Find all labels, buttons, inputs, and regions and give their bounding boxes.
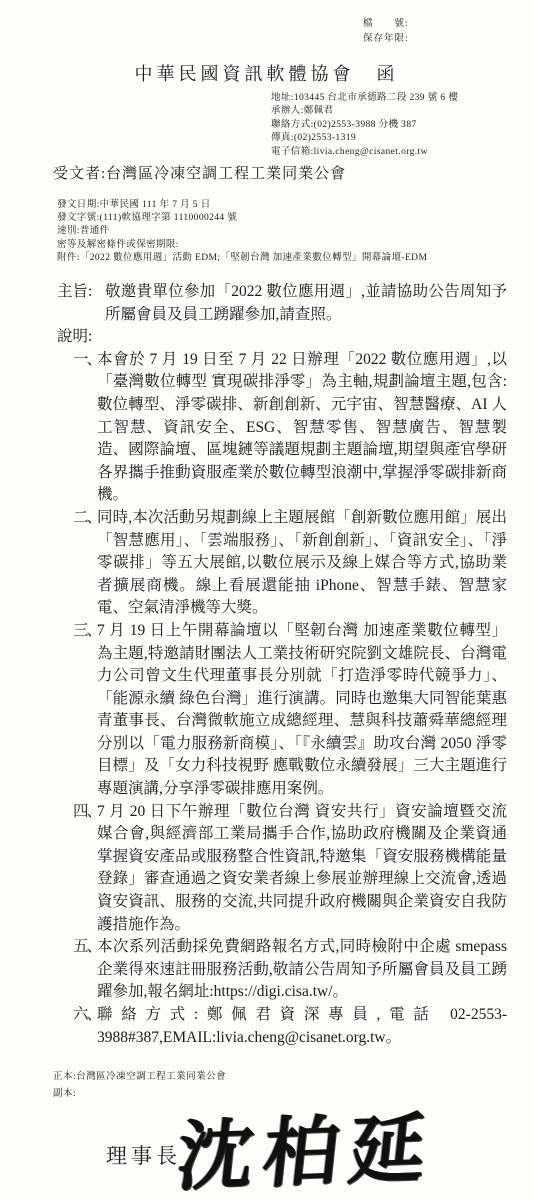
item-number: 四、 [57,801,97,937]
explanation-item-3: 三、 7 月 19 日上午開幕論壇以「堅韌台灣 加速產業數位轉型」為主題,特邀請… [57,620,507,801]
letter-body: 主旨: 敬邀貴單位參加「2022 數位應用週」,並請協助公告周知予所屬會員及員工… [57,281,507,1049]
organization-name: 中華民國資訊軟體協會 [135,64,355,84]
signature-name: 沈柏延 [172,1087,441,1200]
file-number-label: 檔 號: [363,17,409,32]
document-type-label: 函 [377,64,399,84]
explanation-item-4: 四、 7 月 20 日下午辦理「數位台灣 資安共行」資安論壇暨交流媒合會,與經濟… [57,801,507,937]
explanation-item-6: 六、 聯絡方式:鄭佩君資深專員,電話 02-2553-3988#387,EMAI… [57,1004,507,1049]
contact-block: 地址:103445 台北市承德路二段 239 號 6 樓 承辦人:鄭佩君 聯絡方… [271,92,458,159]
security-classification-line: 密等及解密條件或保密期限: [57,239,427,252]
item-text: 本次系列活動採免費網路報名方式,同時檢附中企處 smepass 企業得來速註冊服… [97,936,507,1004]
meta-block: 發文日期:中華民國 111 年 7 月 5 日 發文字號:(111)軟協理字第 … [57,199,427,265]
item-text: 7 月 20 日下午辦理「數位台灣 資安共行」資安論壇暨交流媒合會,與經濟部工業… [97,801,507,937]
signer-title: 理事長 [106,1140,181,1170]
fax-line: 傳真:(02)2553-1319 [271,132,458,145]
subject-label: 主旨: [57,281,105,326]
recipient-line: 受文者:台灣區冷凍空調工程工業同業公會 [53,162,346,183]
retention-period-label: 保存年限: [363,32,409,47]
subject-row: 主旨: 敬邀貴單位參加「2022 數位應用週」,並請協助公告周知予所屬會員及員工… [57,281,507,326]
document-title: 中華民國資訊軟體協會函 [0,60,533,86]
item-text: 7 月 19 日上午開幕論壇以「堅韌台灣 加速產業數位轉型」為主題,特邀請財團法… [97,620,507,801]
explanation-item-2: 二、 同時,本次活動另規劃線上主題展館「創新數位應用館」展出「智慧應用」、「雲端… [57,507,507,620]
attachment-line: 附件:「2022 數位應用週」活動 EDM;「堅韌台灣 加速產業數位轉型」開幕論… [57,252,427,265]
item-number: 二、 [57,507,97,620]
item-number: 三、 [57,620,97,801]
item-number: 六、 [57,1004,97,1049]
email-line: 電子信箱:livia.cheng@cisanet.org.tw [271,146,458,159]
address-line: 地址:103445 台北市承德路二段 239 號 6 樓 [271,92,458,105]
subject-text: 敬邀貴單位參加「2022 數位應用週」,並請協助公告周知予所屬會員及員工踴躍參加… [105,281,507,326]
handler-line: 承辦人:鄭佩君 [271,105,458,118]
priority-line: 速別:普通件 [57,225,427,238]
item-text: 本會於 7 月 19 日至 7 月 22 日辦理「2022 數位應用週」,以「臺… [97,349,507,507]
file-header-block: 檔 號: 保存年限: [363,17,409,47]
issue-date-line: 發文日期:中華民國 111 年 7 月 5 日 [57,199,427,212]
explanation-label: 說明: [57,326,507,349]
item-text: 同時,本次活動另規劃線上主題展館「創新數位應用館」展出「智慧應用」、「雲端服務」… [97,507,507,620]
letter-page: 檔 號: 保存年限: 中華民國資訊軟體協會函 地址:103445 台北市承德路二… [0,0,533,1200]
item-number: 五、 [57,936,97,1004]
issue-number-line: 發文字號:(111)軟協理字第 1110000244 號 [57,212,427,225]
explanation-item-5: 五、 本次系列活動採免費網路報名方式,同時檢附中企處 smepass 企業得來速… [57,936,507,1004]
explanation-item-1: 一、 本會於 7 月 19 日至 7 月 22 日辦理「2022 數位應用週」,… [57,349,507,507]
item-text: 聯絡方式:鄭佩君資深專員,電話 02-2553-3988#387,EMAIL:l… [97,1004,507,1049]
original-recipient-line: 正本:台灣區冷凍空調工程工業同業公會 [53,1069,226,1086]
phone-line: 聯絡方式:(02)2553-3988 分機 387 [271,119,458,132]
item-number: 一、 [57,349,97,507]
